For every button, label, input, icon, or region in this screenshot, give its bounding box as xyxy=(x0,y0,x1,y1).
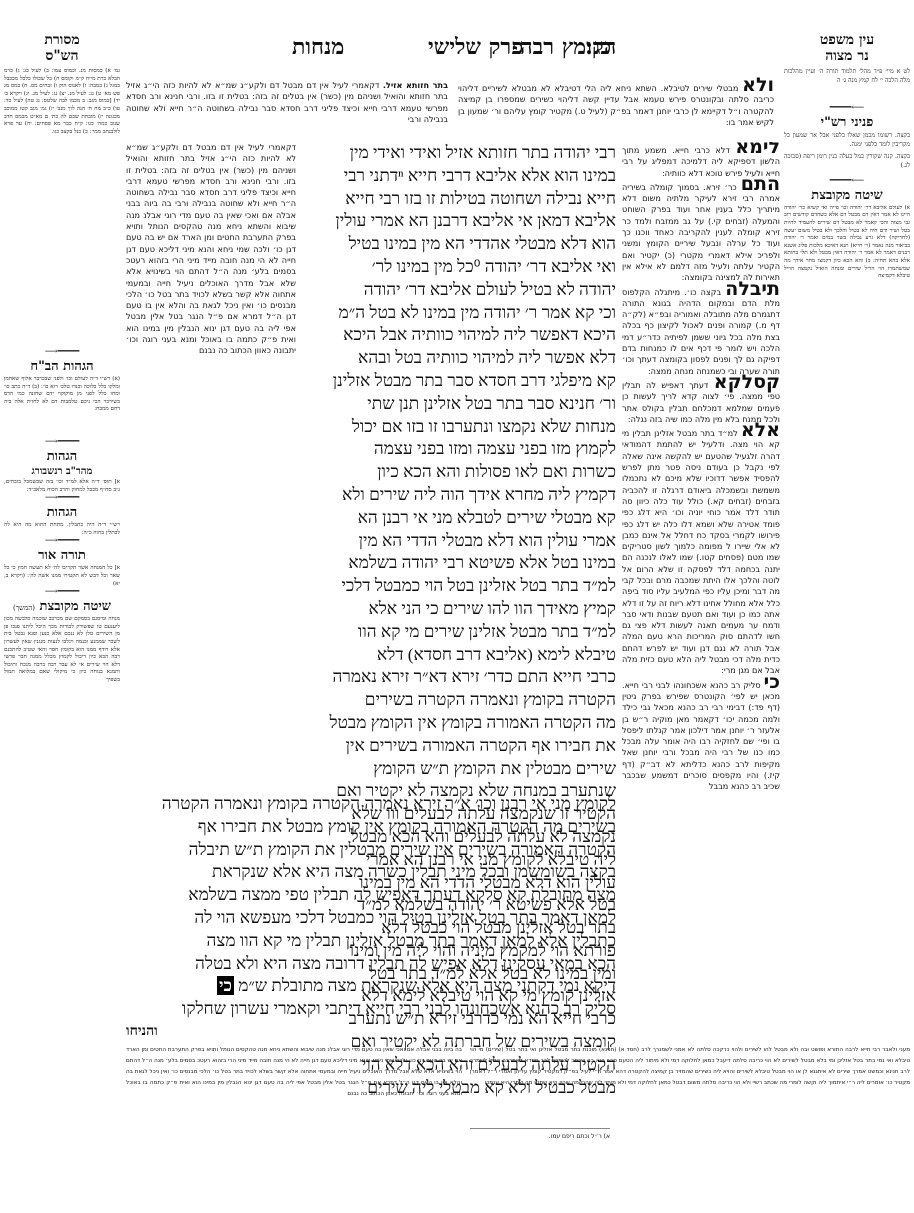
ornament-divider: ━━━━⟶ xyxy=(4,537,120,545)
tosafot-lemma: אלא xyxy=(741,419,780,441)
continued-label: (המשך) xyxy=(13,604,35,612)
right-margin-column: עין משפט נר מצוה לט א מיי׳ פ״ד מהל׳ תלמו… xyxy=(784,32,910,1065)
gemara-line: הקטרה האמורה בשירים אין שירים מבטלין את … xyxy=(126,839,616,862)
tosafot-lemma: התם xyxy=(741,173,780,195)
gemara-line: ואי אליבא דר׳ יהודה ⁰כל מין במינו לר׳ xyxy=(302,256,616,279)
tosafot-entry: כי סליק רב כהנא אשכחונהו לבני רבי חייא. … xyxy=(622,677,780,793)
gemara-line: בשירים מה הקטרה האמורה בקומץ אין קומץ מב… xyxy=(126,816,616,839)
chapter-name: הקומץ רבה xyxy=(520,34,616,60)
shita-mekubetzet-title: שיטה מקובצת xyxy=(784,187,910,203)
gemara-line: וכי קא אמר ר׳ יהודה מין במינו לא בטל ה״מ xyxy=(302,302,616,325)
tosafot-lemma: כי xyxy=(764,671,780,693)
tosafot-lemma: תיבלה xyxy=(725,278,780,300)
tosafot-entry: אלא למ״ד בתר מבטל אזלינן תבלין מי קא הוי… xyxy=(622,425,780,677)
rashi-column: דקאמרי לעיל אין דם מבטל דם ולקע״ג שמ״א ל… xyxy=(126,142,296,742)
shita-left-title-text: שיטה מקובצת xyxy=(40,599,111,614)
footer-tosafot: מעני ולאבר רבי חייא לרבה התורא ופושט ובה… xyxy=(470,1045,910,1165)
ornament-divider: ━━━━⟶ xyxy=(4,348,120,356)
gemara-line: רבי יהודה בתר חזותא אזיל ואידי ואידי מין xyxy=(302,142,616,165)
left-margin-column: מסורת הש"ס גמ׳ א) כמסות מנ. וכמוס עמו: ב… xyxy=(4,32,120,1136)
gemara-line: מנחות שלא נקמצו ונתערבו זו בזו אם יכול xyxy=(302,416,616,439)
pninei-rashi-entry: בקצה. קנה שקורין כמל בעלה כנין רומן ריפה… xyxy=(784,153,910,170)
tosafot-lemma: ולא xyxy=(742,74,774,96)
tosafot-text: למ״ד בתר מבטל אזלינן תבלין מי קא הוי מצה… xyxy=(622,428,780,675)
gemara-line: כתבלין אלא למאן דאמר בתר מבטל אזלינן תבל… xyxy=(126,930,616,953)
tosafot-column: לימא דלא כרבי חייא. משמע מתוך הלשון דספי… xyxy=(622,142,780,1042)
ornament-divider: ⟵━━━━ xyxy=(784,177,910,185)
gemara-line: דקמיץ ליה מחרא אידך הוה ליה שירים ולא xyxy=(302,484,616,507)
gemara-line: מה הקטרה האמורה בקומץ אין הקומץ מבטל xyxy=(302,712,616,735)
masoret-text: גמ׳ א) כמסות מנ. וכמוס עמו: ב) לעיל כג: … xyxy=(4,68,120,348)
torah-or-text: א] כל המנחה אשר תקריבו לה׳ לא תעשה חמץ כ… xyxy=(4,565,120,588)
tosafot-top: ולא מבטלי שירים לטיבלא. השתא ניחא ליה הל… xyxy=(458,80,774,128)
footer-rashi: בה ביוה בבני אבלה אם ואכי שאין בה טעם מד… xyxy=(126,1045,462,1170)
gemara-line: סליק רב כהנא אשכחונהו לבני רבי חייא דיתב… xyxy=(126,998,616,1021)
gemara-line: את חבירו אף הקטרה האמורה בשירים אין xyxy=(302,735,616,758)
hashas-title: הש"ס xyxy=(4,48,120,64)
hagahot-habach-text: (א) רש״י ד״ה לעולם וכו׳ ולפני שבכרבר אלו… xyxy=(4,376,120,438)
tosafot-entry: קסלקא דעתך דאפיש לה תבלין טפי ממצה. פי׳ … xyxy=(622,377,780,425)
gemara-line: הוא דלא מבטלי אהדדי הא מין במינו בטיל xyxy=(302,233,616,256)
gemara-line: קמיץ מאידך הוו להו שירים כי הני אלא xyxy=(302,598,616,621)
shita-left-title: שיטה מקובצת (המשך) xyxy=(4,598,120,614)
gemara-line: יהודה לא בטיל לעולם אליבא דר׳ יהודה xyxy=(302,279,616,302)
shita-left-text: מנחה ומיסגם בסמקם שם מכרכב שוכמה סלבשה מ… xyxy=(4,616,120,1136)
ornament-divider: ⟵━━━━ xyxy=(784,104,910,112)
gemara-line: קא מבטלי שירים לטבלא מני אי רבנן הא xyxy=(302,507,616,530)
tosafot-top-text: מבטלי שירים לטיבלא. השתא ניחא ליה הלי דט… xyxy=(458,83,774,127)
hagahot-rashbam-text: א] תוס׳ ד״ה אלא למ״ד וכו׳ בזה שכשמכל בזב… xyxy=(4,479,120,494)
gemara-line: בקצה בשומשמן ובכל מיני תבלין כשרה מצה הי… xyxy=(126,861,616,884)
gemara-line: לקמוץ מזו בפני עצמה ומזו בפני עצמה xyxy=(302,438,616,461)
tosafot-lemma: קסלקא xyxy=(714,371,780,393)
gemara-line: למאן דאמר בתר בטל אזלינן בטיל הוי כמבטל … xyxy=(126,907,616,930)
gemara-line: למ״ד בתר בטל אזלינן בטל הוי כמבטל דלכי xyxy=(302,575,616,598)
rashbam-subtitle: מהר"ב רנשבורג xyxy=(4,466,120,477)
gemara-line: דיקא נמי דקתני מצה היא אלא שנקראת מצה מת… xyxy=(126,975,616,998)
rashi-lemma: בתר חזותא אזיל. xyxy=(383,80,448,90)
hagahot-habach-title: הגהות הב"ח xyxy=(4,358,120,374)
gemara-line: אליבא דמאן אי אליבא דרבנן הא אמרי עולין xyxy=(302,210,616,233)
tosafot-text: כר׳ זירא. בסמוך קומלה בשיריה אמרה רבי זי… xyxy=(622,182,780,282)
footnote: א) ר״ל וכתם ריפם עמו. xyxy=(470,1132,610,1143)
gemara-line: למ״ד בתר מבטל אזלינן שירים מי קא הוו xyxy=(302,621,616,644)
gemara-line: טיבלא לימא (אליבא דרב חסדא) דלא xyxy=(302,644,616,667)
ein-mishpat-title: עין משפט xyxy=(784,32,910,48)
chapter-number: פרק שלישי xyxy=(428,34,523,60)
tractate-name: מנחות xyxy=(292,34,344,60)
rashi-column-text-2: בה ביוה בבני אבלה אם ואכי שאין בה טעם מד… xyxy=(126,198,296,355)
gemara-line: לקומץ מני אי רבנן וכו׳ א״ר זירא נאמרה הק… xyxy=(126,793,616,816)
gemara-line: במינו בטל אלא פשיטא רבי יהודה בשלמא xyxy=(302,552,616,575)
gemara-line: כשרות ואם לאו פסולות והא הכא כיון xyxy=(302,461,616,484)
gemara-line: במינו הוא אלא אליבא דרבי חייא ⁿדתני רבי xyxy=(302,165,616,188)
ein-mishpat-text: לט א מיי׳ פ״ד מהל׳ תלמוד תורה ה׳ ועיין מ… xyxy=(784,68,910,104)
masoret-title: מסורת xyxy=(4,32,120,48)
gemara-line: כרבי חייא התם כדר׳ זירא דא״ר זירא נאמרה xyxy=(302,666,616,689)
ornament-divider: ━━━━⟶ xyxy=(4,588,120,596)
tosafot-entry: התם כר׳ זירא. בסמוך קומלה בשיריה אמרה רב… xyxy=(622,179,780,284)
gemara-line: שירים מבטלין את הקומץ ת״ש הקומץ xyxy=(302,758,616,781)
gemara-line: ור׳ חנינא סבר בתר בטל אזלינן תנן שתי xyxy=(302,393,616,416)
hagahot-2-text: רש״י ד״ה היה כתבלין. מתחת התוא מה היא לה… xyxy=(4,522,120,537)
ornament-divider: ━━━━⟶ xyxy=(4,438,120,446)
gemara-line: הקטרה בקומץ ונאמרה הקטרה בשירים xyxy=(302,689,616,712)
page-header: כג: הקומץ רבה פרק שלישי מנחות xyxy=(0,30,914,66)
tosafot-text: סליק רב כהנא אשכחונהו לבני רבי חייא. מכא… xyxy=(622,680,780,792)
gemara-line: קא מיפלגי דרב חסדא סבר בתר מבטל אזלינן xyxy=(302,370,616,393)
tosafot-entry: תיבלה בקצה כו׳. מיתגלה הקלפוס מלת הדם וב… xyxy=(622,284,780,377)
gemara-end-word: והניחו xyxy=(126,1021,616,1044)
gemara-line: היכא דאפשר ליה למיהוי כוותיה אבל היכא xyxy=(302,324,616,347)
gemara-line: חייא נבילה ושחוטה בטילות זו בזו רבי חייא xyxy=(302,188,616,211)
ornament-divider: ━━━━⟶ xyxy=(4,494,120,502)
hagahot-2-title: הגהות xyxy=(4,504,120,520)
gemara-wide: לקומץ מני אי רבנן וכו׳ א״ר זירא נאמרה הק… xyxy=(126,793,616,1044)
footnote-rule xyxy=(470,1128,610,1129)
pninei-rashi-entry: בקצה. רשומו מכמן שאלו כלפני אבל אר שמעון… xyxy=(784,132,910,149)
rashi-top: בתר חזותא אזיל. דקאמרי לעיל אין דם מבטל … xyxy=(126,80,448,125)
torah-or-title: תורה אור xyxy=(4,547,120,563)
gemara-line-text: דיקא נמי דקתני מצה היא אלא שנקראת מצה מת… xyxy=(238,976,616,995)
tosafot-text: בקצה כו׳. מיתגלה הקלפוס מלת הדם ובמקום ה… xyxy=(622,287,780,376)
gemara-line: אמרי עולין הוא דלא מבטלי הדדי הא מין xyxy=(302,530,616,553)
gemara-line: דלא אפשר ליה למיהוי כוותיה בטל ובהא xyxy=(302,347,616,370)
hagahot-title: הגהות xyxy=(4,448,120,464)
pninei-rashi-title: פניני רש"י xyxy=(784,114,910,130)
ner-mitzvah-title: נר מצוה xyxy=(784,48,910,64)
mishna-marker: כי xyxy=(217,976,234,995)
shita-mekubetzet-text: א) לעולם אליבא דר׳ יהודה וכו׳ פייה ואי ק… xyxy=(784,205,910,1065)
gemara-line: הכא במאי עסקינן דלא אפיש לה תבלין דרובה … xyxy=(126,953,616,976)
gemara-line: מצה מתובלת קא סלקא דעתך דאפיש לה תבלין ט… xyxy=(126,884,616,907)
